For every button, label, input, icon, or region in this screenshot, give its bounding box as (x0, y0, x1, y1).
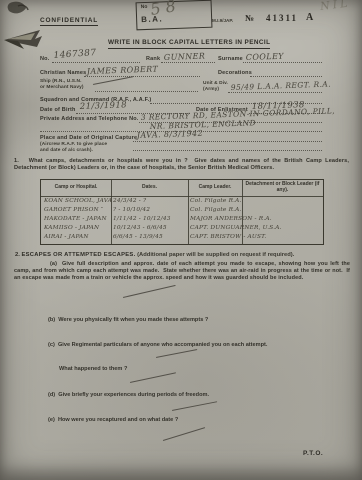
question-2e-text: (e) How were you recaptured and on what … (48, 417, 178, 423)
table-row-leader: Col. Filgate R.A. (190, 198, 242, 204)
question-2-heading: ESCAPES OR ATTEMPTED ESCAPES. (21, 252, 135, 258)
question-2c2-text: What happened to them ? (59, 366, 127, 372)
service-no-value: 1467387 (53, 48, 96, 61)
table-row-leader: Col. Filgate R.A. (190, 207, 242, 213)
nil-slash-mark (156, 349, 197, 358)
dotted-rule (133, 141, 322, 142)
dotted-rule (228, 92, 322, 93)
nil-slash-mark (163, 427, 205, 441)
unit-value: 95/49 L.A.A. REGT. R.A. (231, 80, 331, 92)
series-letter: A (306, 12, 313, 23)
table-row-leader: CAPT. BRISTOW - AUST. (190, 234, 266, 240)
table-row-camp: KOAN SCHOOL, JAVA (44, 198, 112, 204)
pto-label: P.T.O. (303, 450, 323, 457)
question-2-number: 2. (15, 252, 20, 258)
table-row-leader: CAPT. DUNGUARNER, U.S.A. (190, 225, 282, 231)
dotted-rule (250, 76, 322, 77)
dotted-rule (95, 91, 198, 92)
camps-table: Camp or Hospital. Dates. Camp Leader. De… (40, 179, 324, 245)
table-row-dates: 24/3/42 - ? (113, 198, 146, 204)
stamp-no-label: No (141, 4, 148, 10)
serial-number: 41311 (266, 13, 298, 23)
unit-label-line1: Unit & Div. (203, 81, 228, 86)
table-header-detachment: Detachment or Block Leader (if any). (244, 182, 321, 193)
rank-label: Rank (146, 56, 160, 62)
nil-annotation: NIL (319, 0, 351, 13)
table-row-dates: 6/6/45 - 13/9/45 (113, 234, 163, 240)
confidential-stamp: CONFIDENTIAL (40, 17, 98, 26)
table-header-dates: Dates. (111, 185, 188, 191)
dotted-rule (243, 62, 322, 63)
form-title: WRITE IN BLOCK CAPITAL LETTERS IN PENCIL (108, 39, 270, 49)
address-label: Private Address and Telephone No. (40, 116, 139, 122)
question-2a-text: (a) Give full description and approx. da… (14, 261, 350, 281)
capture-sub-label-line2: and date of a/c crash). (40, 148, 93, 153)
nil-slash-mark (172, 401, 217, 411)
table-row-camp: AIRAI - JAPAN (44, 234, 89, 240)
table-row-dates: 1/11/42 - 10/12/43 (113, 216, 171, 222)
dotted-rule (84, 76, 200, 77)
question-2b-text: (b) Were you physically fit when you mad… (48, 317, 208, 323)
question-2-heading-line: 2. ESCAPES OR ATTEMPTED ESCAPES. (Additi… (15, 252, 294, 258)
rank-value: GUNNER (164, 52, 206, 62)
service-no-label: No. (40, 56, 49, 62)
table-header-leader: Camp Leader. (188, 185, 242, 191)
department-reference: M.I.9/JAP. (212, 18, 233, 23)
unit-label-line2: (Army) (203, 87, 219, 92)
capture-sub-label-line1: (Aircrew R.A.F. to give place (40, 142, 107, 147)
question-1-text: 1. What camps, detachments or hospitals … (14, 158, 349, 172)
question-2d-text: (d) Give briefly your experiences during… (48, 392, 209, 398)
table-row-camp: GAROET PRISON ″ (44, 207, 103, 213)
nil-slash-mark (93, 76, 133, 85)
question-2c-text: (c) Give Regimental particulars of anyon… (48, 342, 267, 348)
table-header-divider (41, 196, 323, 197)
table-row-leader: MAJOR ANDERSON - R.A. (190, 216, 272, 222)
pow-liberation-questionnaire-page: CONFIDENTIAL No B.A. 58 M.I.9/JAP. № 413… (0, 0, 362, 480)
dotted-rule (133, 150, 322, 151)
date-of-birth-label: Date of Birth (40, 107, 76, 113)
surname-label: Surname (218, 56, 243, 62)
christian-names-value: JAMES ROBERT (87, 65, 159, 76)
table-row-camp: KAMIISO - JAPAN (44, 225, 99, 231)
date-of-birth-value: 21/3/1918 (80, 100, 128, 112)
ship-label-line1: Ship (R.N., U.S.N. (40, 79, 82, 84)
decorations-label: Decorations (218, 70, 252, 76)
numero-sign: № (245, 13, 254, 23)
table-row-camp: HAKODATE - JAPAN (44, 216, 107, 222)
table-row-dates: ? - 10/10/42 (113, 207, 150, 213)
christian-names-label: Christian Names (40, 70, 86, 76)
nil-slash-mark (130, 372, 176, 383)
surname-value: COOLEY (246, 52, 284, 62)
table-row-dates: 10/12/43 - 6/6/45 (113, 225, 167, 231)
question-2-heading-note: (Additional paper will be supplied on re… (137, 252, 294, 258)
nil-slash-mark (123, 285, 176, 298)
ship-label-line2: or Merchant Navy) (40, 85, 84, 90)
capture-value: JAVA. 8/3/1942 (137, 129, 203, 140)
table-header-camp: Camp or Hospital. (41, 185, 111, 191)
dotted-rule (161, 62, 215, 63)
capture-label: Place and Date of Original Capture (40, 135, 137, 141)
dotted-rule (52, 62, 140, 63)
